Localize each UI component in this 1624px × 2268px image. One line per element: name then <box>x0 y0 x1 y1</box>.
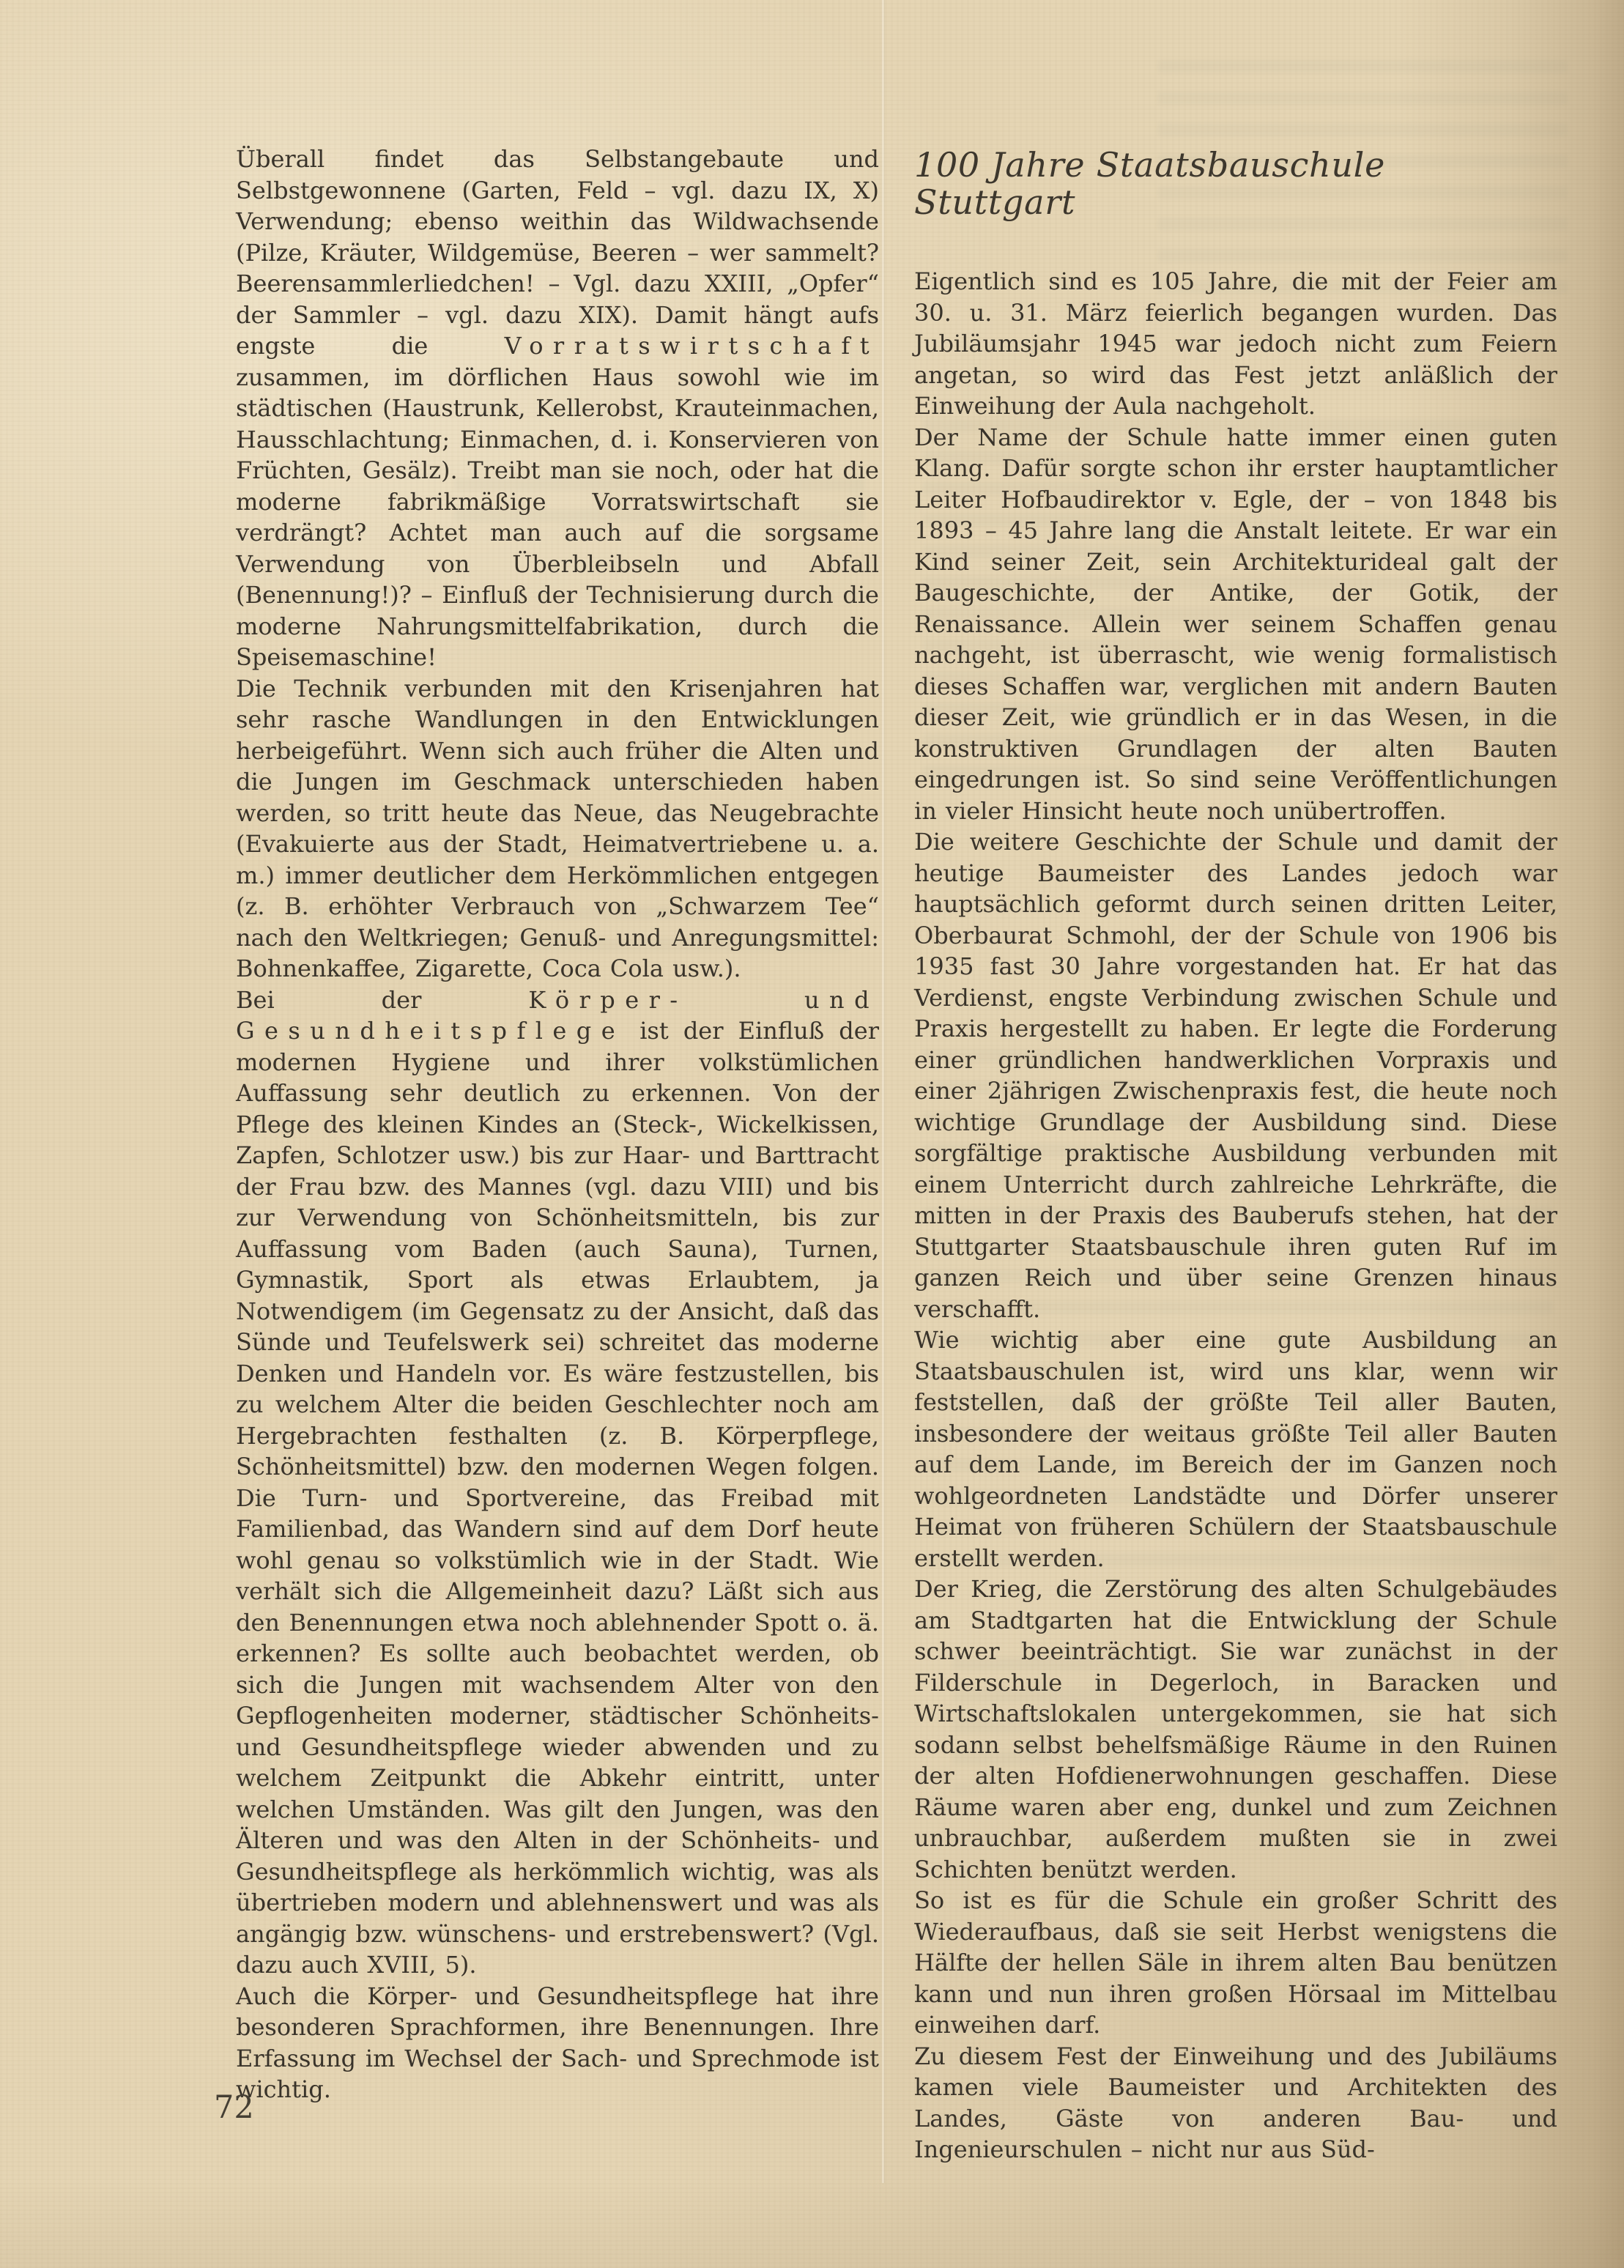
paragraph-ausbildung: Wie wichtig aber eine gute Ausbildung an… <box>914 1324 1557 1574</box>
emphasized-spaced-term: Vorratswirtschaft <box>505 332 879 360</box>
paragraph-schmohl: Die weitere Geschichte der Schule und da… <box>914 826 1557 1324</box>
paragraph-gesundheitspflege: Bei der Körper- und Gesundheitspflege is… <box>236 985 879 1981</box>
paragraph-text: zusammen, im dörflichen Haus sowohl wie … <box>236 363 879 672</box>
page-fold-crease <box>881 0 885 2183</box>
paragraph-sprachformen: Auch die Körper- und Gesundheitspflege h… <box>236 1981 879 2105</box>
paragraph-technik: Die Technik verbunden mit den Krisenjahr… <box>236 673 879 985</box>
article-title: 100 Jahre Staatsbauschule Stuttgart <box>914 147 1557 220</box>
paragraph-vorratswirtschaft: Überall findet das Selbstangebaute und S… <box>236 144 879 673</box>
paragraph-krieg: Der Krieg, die Zerstörung des alten Schu… <box>914 1574 1557 1885</box>
paragraph-wiederaufbau: So ist es für die Schule ein großer Schr… <box>914 1885 1557 2041</box>
paragraph-text: Überall findet das Selbstangebaute und S… <box>236 145 879 360</box>
paragraph-text: ist der Einfluß der modernen Hygiene und… <box>236 1017 879 1979</box>
right-column: 100 Jahre Staatsbauschule Stuttgart Eige… <box>914 147 1557 2165</box>
paragraph-fest: Zu diesem Fest der Einweihung und des Ju… <box>914 2041 1557 2165</box>
page-number: 72 <box>214 2089 254 2126</box>
left-column: Überall findet das Selbstangebaute und S… <box>236 144 879 2105</box>
paragraph-text: Bei der <box>236 986 528 1014</box>
paragraph-jubilaeum: Eigentlich sind es 105 Jahre, die mit de… <box>914 266 1557 422</box>
scanned-book-page: Überall findet das Selbstangebaute und S… <box>0 0 1624 2268</box>
paragraph-egle: Der Name der Schule hatte immer einen gu… <box>914 422 1557 827</box>
